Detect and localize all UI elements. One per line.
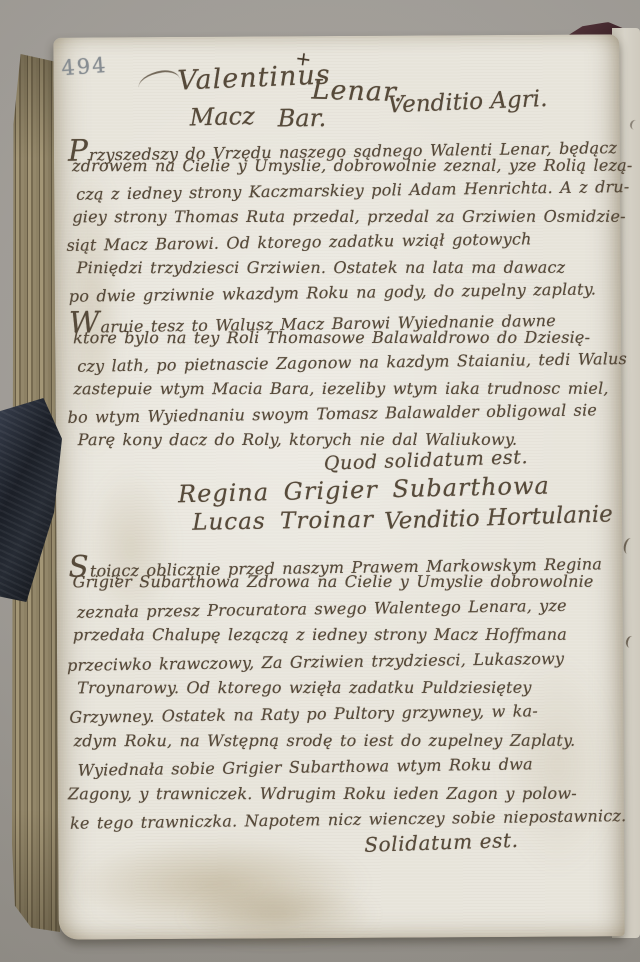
paper-stain xyxy=(178,884,378,945)
manuscript-line: Grigier Subarthowa Zdrowa na Cielie y Um… xyxy=(73,572,617,599)
record1-heading-party1: Macz xyxy=(189,102,255,132)
record2-heading-party: Lucas Troinar xyxy=(192,507,374,536)
record2-paragraph-1: Stoiącz oblicznie przed naszym Prawem Ma… xyxy=(68,544,618,838)
manuscript-line: bo wtym Wyiednaniu swoym Tomasz Balawald… xyxy=(67,400,617,433)
record1-paragraph-2: Waruie tesz to Walusz Macz Barowi Wyiedn… xyxy=(69,300,618,456)
manuscript-line: Grzywney. Ostatek na Raty po Pultory grz… xyxy=(69,700,617,734)
manuscript-line: Wyiednała sobie Grigier Subarthowa wtym … xyxy=(78,753,618,787)
manuscript-line: czy lath, po pietnascie Zagonow na kazdy… xyxy=(77,349,617,382)
cross-mark: + xyxy=(294,47,313,71)
manuscript-line: przeciwko krawczowy, Za Grziwien trzydzi… xyxy=(67,648,617,682)
photograph-background: 494 Valentinus + Lenar. Macz Bar. Vendit… xyxy=(0,0,640,962)
manuscript-line: Waruie tesz to Walusz Macz Barowi Wyiedn… xyxy=(69,298,617,331)
manuscript-line: ke tego trawniczka. Napotem nicz wiencze… xyxy=(70,806,618,840)
manuscript-line: Zagony, y trawniczek. Wdrugim Roku ieden… xyxy=(68,783,618,810)
manuscript-line: zeznała przesz Procuratora swego Walente… xyxy=(77,595,617,629)
manuscript-line: czą z iedney strony Kaczmarskiey poli Ad… xyxy=(76,177,616,210)
record2-heading-name: Regina Grigier Subarthowa xyxy=(178,471,550,508)
record1-heading-party2: Bar. xyxy=(278,104,327,132)
manuscript-line: zdrowem na Cielie y Umyslie, dobrowolnie… xyxy=(72,155,616,181)
heading-flourish xyxy=(137,68,181,88)
manuscript-line: siąt Macz Barowi. Od ktorego zadatku wzi… xyxy=(66,228,616,261)
manuscript-line: zdym Roku, na Wstępną srodę to iest do z… xyxy=(74,730,618,757)
page-number: 494 xyxy=(61,53,109,80)
record2-record-type: Venditio Hortulanie xyxy=(384,501,613,534)
manuscript-page: 494 Valentinus + Lenar. Macz Bar. Vendit… xyxy=(53,34,624,939)
record1-paragraph-1: Przyszedszy do Vrzędu naszego sądnego Wa… xyxy=(68,128,617,310)
manuscript-line: ktore bylo na tey Roli Thomasowe Balawal… xyxy=(73,327,617,353)
manuscript-line: Przyszedszy do Vrzędu naszego sądnego Wa… xyxy=(68,126,616,159)
paper-stain xyxy=(68,836,369,933)
manuscript-line: przedała Chalupę lezączą z iedney strony… xyxy=(73,625,617,652)
record2-closing-formula: Solidatum est. xyxy=(364,828,519,857)
record1-record-type: Venditio Agri. xyxy=(387,86,548,119)
